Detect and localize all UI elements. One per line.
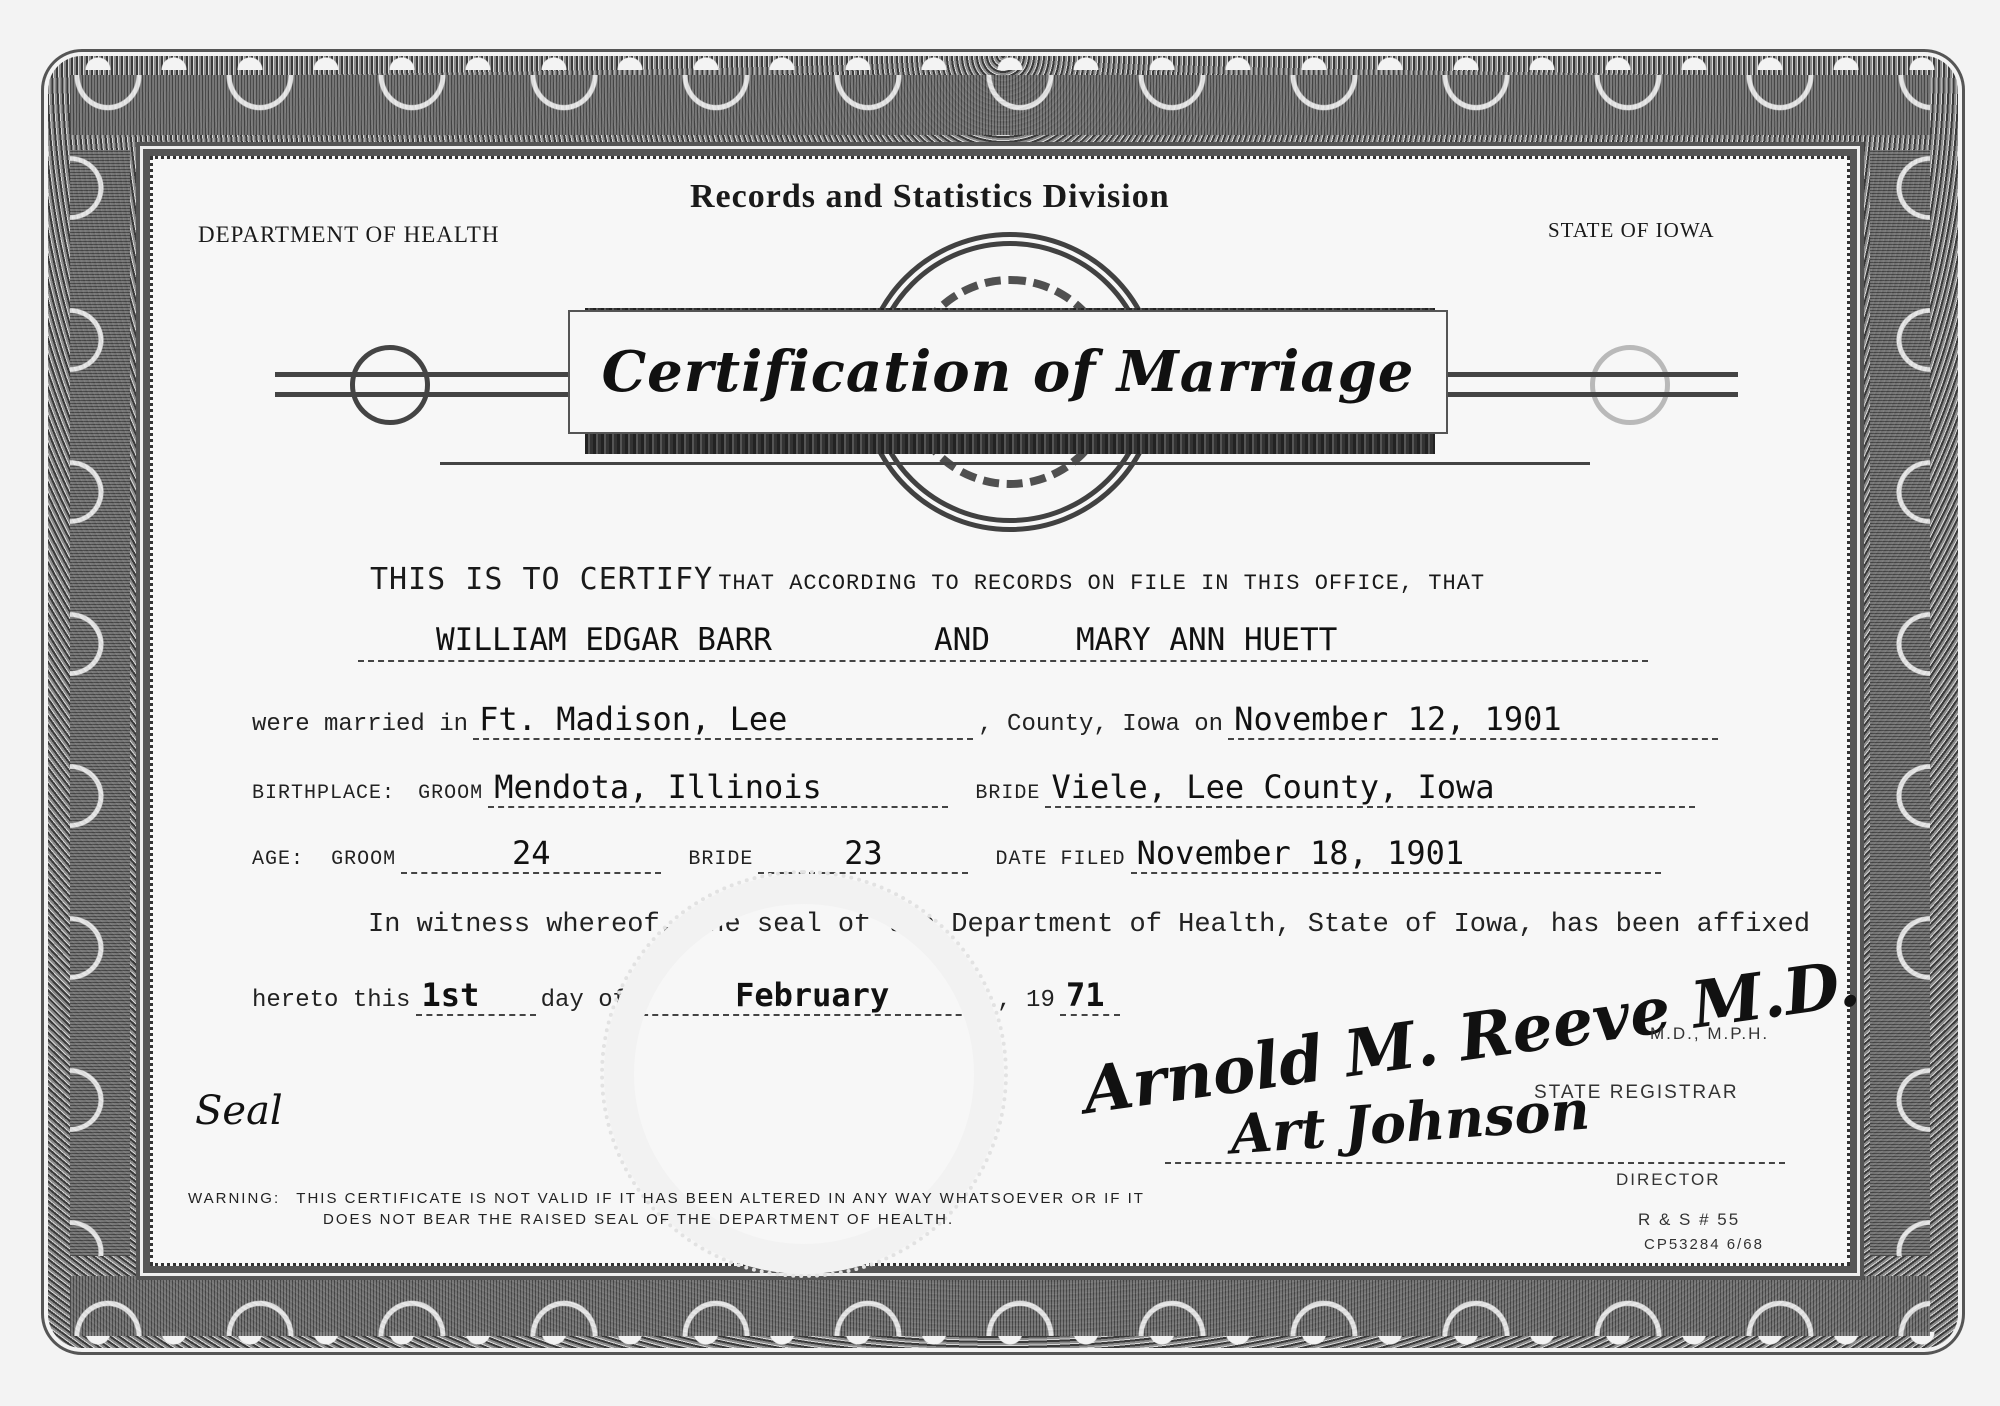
bride-name: MARY ANN HUETT [1076, 622, 1337, 658]
bride-age-field: 23 [758, 834, 968, 874]
certificate-title: Certification of Marriage [602, 339, 1415, 405]
year-field: 71 [1060, 976, 1120, 1016]
bride-birthplace-field: Viele, Lee County, Iowa [1045, 768, 1695, 808]
marriage-place-field: Ft. Madison, Lee [473, 700, 973, 740]
names-underline [358, 660, 1648, 662]
print-code: CP53284 6/68 [1644, 1236, 1764, 1253]
age-label: AGE: [252, 848, 304, 871]
wave-pattern-top [70, 75, 1930, 135]
division-heading: Records and Statistics Division [690, 178, 1170, 216]
age-bride-label: BRIDE [688, 848, 753, 871]
date-filed-field: November 18, 1901 [1131, 834, 1661, 874]
banner-stripe-bottom [585, 432, 1435, 454]
scalloped-edge-bottom [60, 1332, 1940, 1362]
ornament-base-rule [440, 462, 1590, 465]
county-label: , County, Iowa on [978, 711, 1223, 738]
age-row: AGE: GROOM 24 BRIDE 23 DATE FILED Novemb… [252, 834, 1661, 874]
scroll-swirl-right-icon [1590, 345, 1670, 425]
registrar-title: STATE REGISTRAR [1534, 1082, 1739, 1104]
title-banner: Certification of Marriage [568, 310, 1448, 434]
marriage-date-field: November 12, 1901 [1228, 700, 1718, 740]
marriage-row: were married in Ft. Madison, Lee , Count… [252, 700, 1718, 740]
scalloped-edge-top [60, 40, 1940, 70]
warning-label: WARNING: [188, 1190, 280, 1207]
wave-pattern-left [70, 150, 130, 1256]
director-signature-line [1165, 1162, 1785, 1164]
witness-statement: In witness whereof, the seal of the Depa… [368, 910, 1810, 940]
certify-rest: THAT ACCORDING TO RECORDS ON FILE IN THI… [718, 571, 1485, 596]
groom-name: WILLIAM EDGAR BARR [436, 622, 772, 658]
form-number: R & S # 55 [1638, 1210, 1740, 1230]
names-conjunction: AND [934, 622, 990, 658]
department-heading: DEPARTMENT OF HEALTH [198, 222, 499, 248]
warning-line-1: THIS CERTIFICATE IS NOT VALID IF IT HAS … [296, 1190, 1145, 1207]
warning-line-2: DOES NOT BEAR THE RAISED SEAL OF THE DEP… [188, 1209, 1145, 1230]
groom-birthplace-field: Mendota, Illinois [488, 768, 948, 808]
date-filed-label: DATE FILED [996, 848, 1126, 871]
ornament-rod-left-upper [275, 372, 585, 377]
warning-notice: WARNING: THIS CERTIFICATE IS NOT VALID I… [188, 1188, 1145, 1230]
certify-lead: THIS IS TO CERTIFY [370, 562, 713, 597]
day-field: 1st [416, 976, 536, 1016]
century-label: , 19 [997, 987, 1055, 1014]
birthplace-bride-label: BRIDE [975, 782, 1040, 805]
birthplace-label: BIRTHPLACE: [252, 782, 395, 805]
birthplace-groom-label: GROOM [418, 782, 483, 805]
age-groom-label: GROOM [331, 848, 396, 871]
state-heading: STATE OF IOWA [1548, 218, 1714, 243]
certify-statement: THIS IS TO CERTIFY THAT ACCORDING TO REC… [370, 562, 1485, 597]
married-in-label: were married in [252, 711, 468, 738]
ornament-rod-left-lower [275, 392, 585, 397]
scroll-swirl-left-icon [350, 345, 430, 425]
groom-age-field: 24 [401, 834, 661, 874]
wave-pattern-bottom [70, 1276, 1930, 1336]
wave-pattern-right [1870, 150, 1930, 1256]
director-title: DIRECTOR [1616, 1170, 1720, 1190]
birthplace-row: BIRTHPLACE: GROOM Mendota, Illinois BRID… [252, 768, 1695, 808]
seal-label: Seal [195, 1088, 283, 1134]
hereto-label: hereto this [252, 987, 410, 1014]
credentials-label: M.D., M.P.H. [1650, 1024, 1769, 1044]
